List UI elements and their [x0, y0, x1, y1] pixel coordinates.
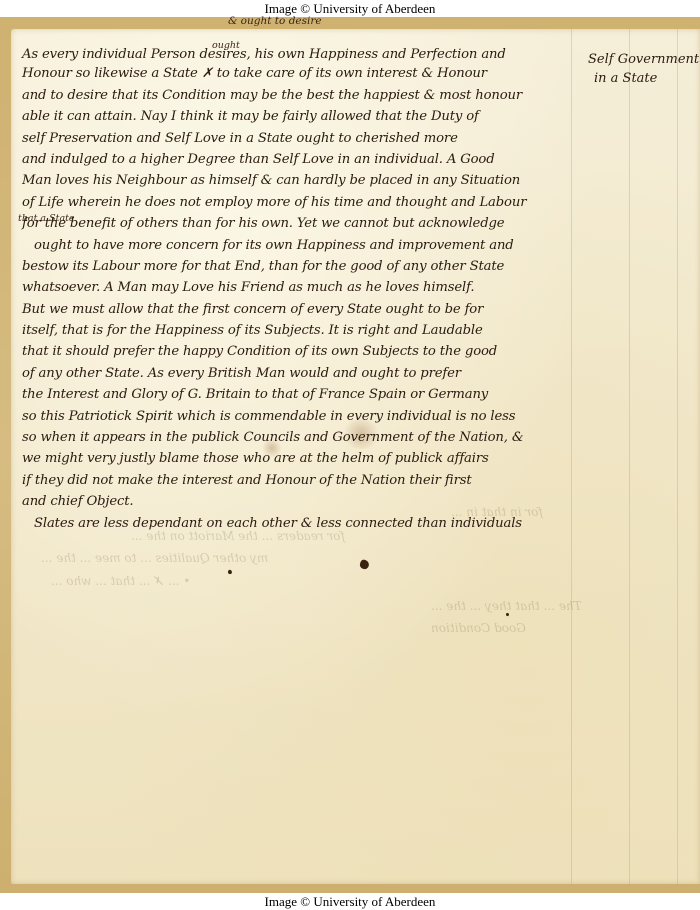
manuscript-line: Man loves his Neighbour as himself & can… — [22, 170, 602, 191]
bleedthrough-text: • ... ✗ ... that ... who ... — [51, 574, 190, 588]
manuscript-line: so when it appears in the publick Counci… — [22, 427, 602, 448]
manuscript-line: bestow its Labour more for that End, tha… — [22, 256, 602, 277]
manuscript-line: itself, that is for the Happiness of its… — [22, 320, 602, 341]
ink-dot — [506, 613, 510, 617]
copyright-caption-top: Image © University of Aberdeen — [0, 0, 700, 17]
marginal-note: Self Government in a State — [588, 50, 700, 88]
manuscript-line: for the benefit of others than for his o… — [22, 213, 602, 234]
manuscript-line: that it should prefer the happy Conditio… — [22, 341, 602, 362]
paper-fold-line — [677, 29, 678, 884]
manuscript-line: self Preservation and Self Love in a Sta… — [22, 128, 602, 149]
manuscript-line: whatsoever. A Man may Love his Friend as… — [22, 277, 602, 298]
manuscript-line: Honour so likewise a State ✗ to take car… — [22, 63, 602, 84]
ink-mark — [359, 559, 371, 571]
manuscript-line: But we must allow that the first concern… — [22, 299, 602, 320]
marginal-note-line: in a State — [588, 69, 700, 88]
bleedthrough-text: The ... that they ... the ... — [431, 599, 582, 613]
ink-dot — [227, 569, 232, 574]
bleedthrough-text: my other Qualities ... to mee ... the ..… — [41, 551, 268, 565]
manuscript-scan: for in that in ... for readers ... the M… — [0, 17, 700, 893]
marginal-note-line: Self Government — [588, 50, 700, 69]
manuscript-line: able it can attain. Nay I think it may b… — [22, 106, 602, 127]
interlinear-insertion: & ought to desire — [228, 15, 322, 27]
copyright-caption-bottom: Image © University of Aberdeen — [0, 893, 700, 910]
manuscript-line: so this Patriotick Spirit which is comme… — [22, 406, 602, 427]
manuscript-line: of Life wherein he does not employ more … — [22, 192, 602, 213]
manuscript-line: we might very justly blame those who are… — [22, 448, 602, 469]
manuscript-body: As every individual Person desires, his … — [22, 47, 602, 539]
manuscript-line: of any other State. As every British Man… — [22, 363, 602, 384]
manuscript-line: the Interest and Glory of G. Britain to … — [22, 384, 602, 405]
manuscript-line: and indulged to a higher Degree than Sel… — [22, 149, 602, 170]
manuscript-line: As every individual Person desires, his … — [22, 44, 602, 65]
bleedthrough-text: Good Condition — [431, 621, 526, 635]
paper-fold-line — [629, 29, 630, 884]
manuscript-line: if they did not make the interest and Ho… — [22, 470, 602, 491]
manuscript-line: and to desire that its Condition may be … — [22, 85, 602, 106]
manuscript-line: ought to have more concern for its own H… — [22, 235, 602, 256]
manuscript-line: Slates are less dependant on each other … — [22, 513, 602, 534]
manuscript-line: and chief Object. — [22, 491, 602, 512]
